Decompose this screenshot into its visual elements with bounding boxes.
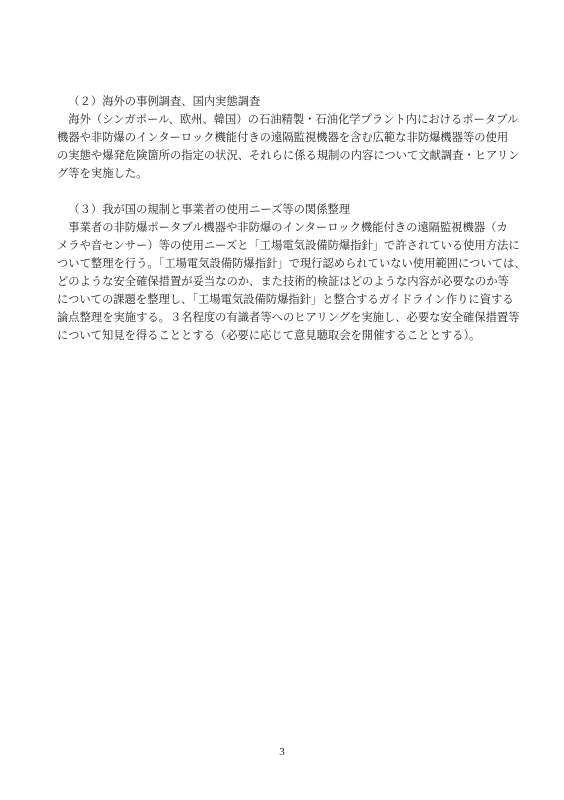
section-overseas-survey: （２）海外の事例調査、国内実態調査 海外（シンガポール、欧州、韓国）の石油精製・… <box>57 93 509 183</box>
content-area: （２）海外の事例調査、国内実態調査 海外（シンガポール、欧州、韓国）の石油精製・… <box>57 93 509 345</box>
paragraph-line: メラや音センサー）等の使用ニーズと「工場電気設備防爆指針」で許されている使用方法… <box>57 237 509 255</box>
paragraph-line: どのような安全確保措置が妥当なのか、また技術的検証はどのような内容が必要なのか等 <box>57 273 509 291</box>
paragraph-line: 海外（シンガポール、欧州、韓国）の石油精製・石油化学プラント内におけるポータブル <box>57 111 509 129</box>
paragraph-line: の実態や爆発危険箇所の指定の状況、それらに係る規制の内容について文献調査・ヒアリ… <box>57 147 509 165</box>
document-page: （２）海外の事例調査、国内実態調査 海外（シンガポール、欧州、韓国）の石油精製・… <box>0 0 564 800</box>
paragraph-line: ついて整理を行う。「工場電気設備防爆指針」で現行認められていない使用範囲について… <box>57 255 509 273</box>
paragraph-line: 論点整理を実施する。３名程度の有識者等へのヒアリングを実施し、必要な安全確保措置… <box>57 309 509 327</box>
paragraph-line: についての課題を整理し、「工場電気設備防爆指針」と整合するガイドライン作りに資す… <box>57 291 509 309</box>
paragraph-line: グ等を実施した。 <box>57 165 509 183</box>
paragraph-line: について知見を得ることとする（必要に応じて意見聴取会を開催することとする）。 <box>57 327 509 345</box>
page-number: 3 <box>0 745 564 759</box>
section-regulation-needs: （３）我が国の規制と事業者の使用ニーズ等の関係整理 事業者の非防爆ポータブル機器… <box>57 201 509 345</box>
paragraph-line: 事業者の非防爆ポータブル機器や非防爆のインターロック機能付きの遠隔監視機器（カ <box>57 219 509 237</box>
paragraph: 海外（シンガポール、欧州、韓国）の石油精製・石油化学プラント内におけるポータブル… <box>57 111 509 183</box>
paragraph: 事業者の非防爆ポータブル機器や非防爆のインターロック機能付きの遠隔監視機器（カ … <box>57 219 509 345</box>
section-heading: （２）海外の事例調査、国内実態調査 <box>57 93 509 111</box>
section-heading: （３）我が国の規制と事業者の使用ニーズ等の関係整理 <box>57 201 509 219</box>
paragraph-line: 機器や非防爆のインターロック機能付きの遠隔監視機器を含む広範な非防爆機器等の使用 <box>57 129 509 147</box>
